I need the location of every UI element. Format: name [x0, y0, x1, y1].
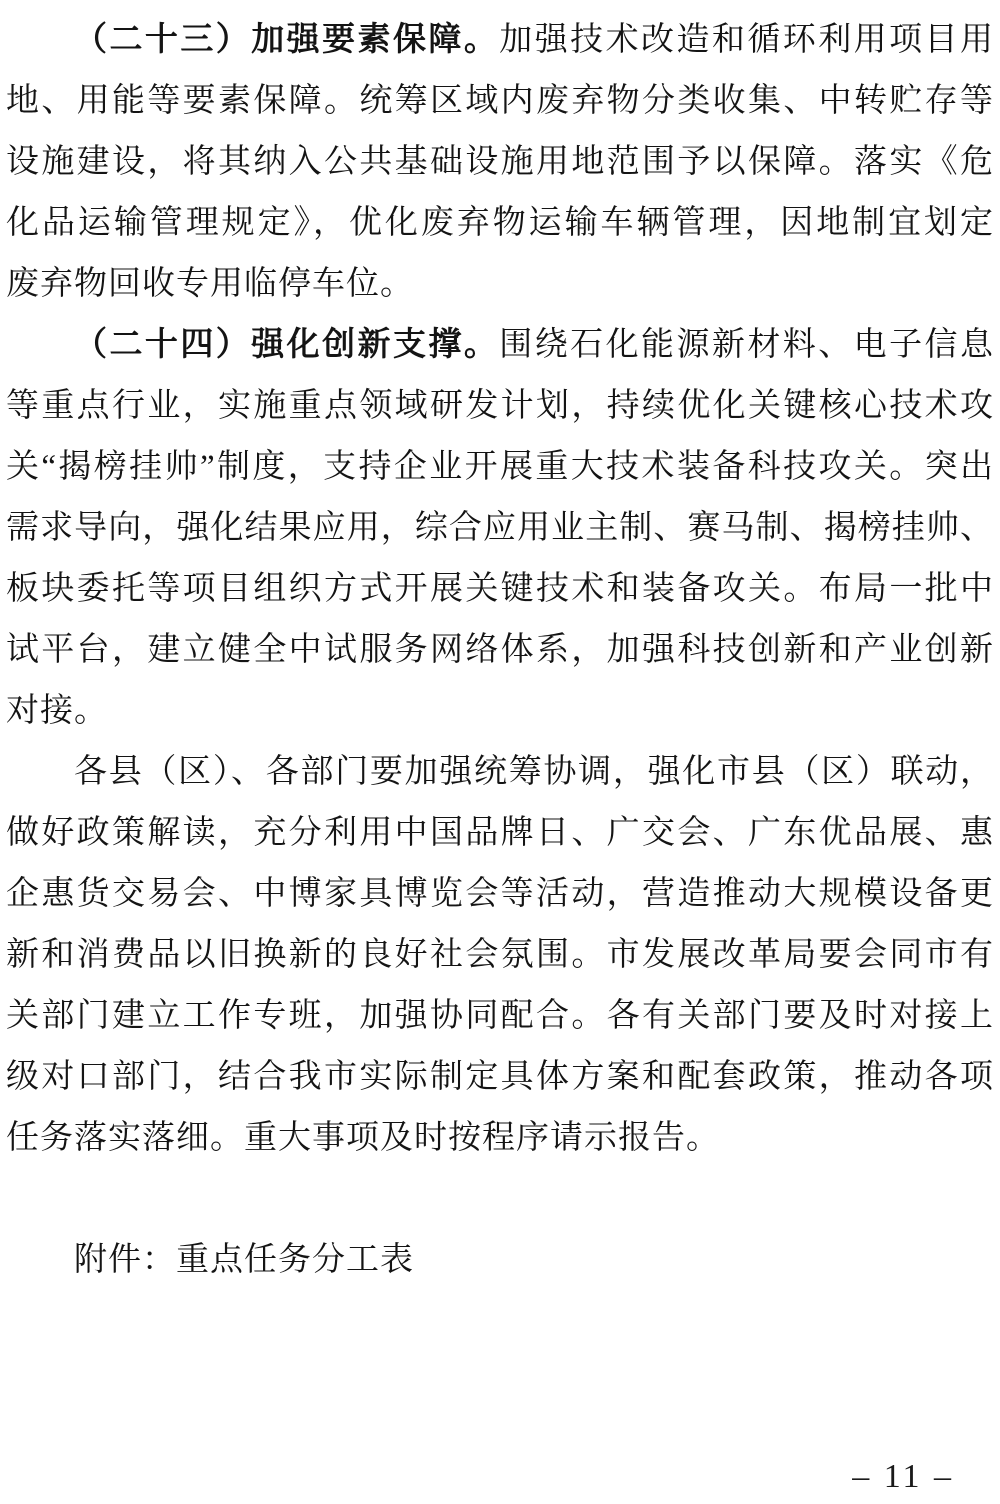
- paragraph-line: 对接。: [6, 681, 994, 742]
- line-text: 任务落实落细。重大事项及时按程序请示报告。: [6, 1120, 720, 1156]
- paragraph-line: 化品运输管理规定》，优化废弃物运输车辆管理，因地制宜划定: [6, 193, 994, 254]
- paragraph-line: 新和消费品以旧换新的良好社会氛围。市发展改革局要会同市有: [6, 925, 994, 986]
- line-text: 关部门建立工作专班，加强协同配合。各有关部门要及时对接上: [6, 998, 994, 1034]
- line-text: 需求导向，强化结果应用，综合应用业主制、赛马制、揭榜挂帅、: [6, 510, 994, 546]
- line-text: 地、用能等要素保障。统筹区域内废弃物分类收集、中转贮存等: [6, 83, 994, 119]
- attachment-line: 附件：重点任务分工表: [6, 1230, 994, 1291]
- line-text: 等重点行业，实施重点领域研发计划，持续优化关键核心技术攻: [6, 388, 994, 424]
- line-text: 加强技术改造和循环利用项目用: [499, 22, 994, 58]
- paragraph-line: （二十三）加强要素保障。加强技术改造和循环利用项目用: [6, 10, 994, 71]
- line-text: 板块委托等项目组织方式开展关键技术和装备攻关。布局一批中: [6, 571, 994, 607]
- paragraph-line: 关部门建立工作专班，加强协同配合。各有关部门要及时对接上: [6, 986, 994, 1047]
- paragraph-line: 任务落实落细。重大事项及时按程序请示报告。: [6, 1108, 994, 1169]
- paragraph-line: 需求导向，强化结果应用，综合应用业主制、赛马制、揭榜挂帅、: [6, 498, 994, 559]
- paragraph-line: 等重点行业，实施重点领域研发计划，持续优化关键核心技术攻: [6, 376, 994, 437]
- line-text: 做好政策解读，充分利用中国品牌日、广交会、广东优品展、惠: [6, 815, 994, 851]
- line-text: 试平台，建立健全中试服务网络体系，加强科技创新和产业创新: [6, 632, 994, 668]
- section-23-heading: （二十三）加强要素保障。: [74, 22, 499, 58]
- paragraph-line: 废弃物回收专用临停车位。: [6, 254, 994, 315]
- paragraph-line: 试平台，建立健全中试服务网络体系，加强科技创新和产业创新: [6, 620, 994, 681]
- line-text: 设施建设，将其纳入公共基础设施用地范围予以保障。落实《危: [6, 144, 994, 180]
- page-number: – 11 –: [852, 1458, 954, 1496]
- section-24-heading: （二十四）强化创新支撑。: [74, 327, 499, 363]
- paragraph-line: 板块委托等项目组织方式开展关键技术和装备攻关。布局一批中: [6, 559, 994, 620]
- line-text: 化品运输管理规定》，优化废弃物运输车辆管理，因地制宜划定: [6, 205, 994, 241]
- line-text: 关“揭榜挂帅”制度，支持企业开展重大技术装备科技攻关。突出: [6, 449, 994, 485]
- line-text: 围绕石化能源新材料、电子信息: [499, 327, 994, 363]
- line-text: 废弃物回收专用临停车位。: [6, 266, 414, 302]
- line-text: 对接。: [6, 693, 108, 729]
- paragraph-line: 关“揭榜挂帅”制度，支持企业开展重大技术装备科技攻关。突出: [6, 437, 994, 498]
- paragraph-line: 设施建设，将其纳入公共基础设施用地范围予以保障。落实《危: [6, 132, 994, 193]
- line-text: 级对口部门，结合我市实际制定具体方案和配套政策，推动各项: [6, 1059, 994, 1095]
- document-page: （二十三）加强要素保障。加强技术改造和循环利用项目用 地、用能等要素保障。统筹区…: [0, 0, 1000, 1504]
- line-text: 各县（区）、各部门要加强统筹协调，强化市县（区）联动，: [74, 754, 994, 790]
- paragraph-line: （二十四）强化创新支撑。围绕石化能源新材料、电子信息: [6, 315, 994, 376]
- paragraph-line: 地、用能等要素保障。统筹区域内废弃物分类收集、中转贮存等: [6, 71, 994, 132]
- line-text: 新和消费品以旧换新的良好社会氛围。市发展改革局要会同市有: [6, 937, 994, 973]
- attachment-text: 附件：重点任务分工表: [74, 1242, 414, 1278]
- paragraph-line: 各县（区）、各部门要加强统筹协调，强化市县（区）联动，: [6, 742, 994, 803]
- text-block: （二十三）加强要素保障。加强技术改造和循环利用项目用 地、用能等要素保障。统筹区…: [6, 10, 994, 1291]
- paragraph-line: 做好政策解读，充分利用中国品牌日、广交会、广东优品展、惠: [6, 803, 994, 864]
- paragraph-line: 企惠货交易会、中博家具博览会等活动，营造推动大规模设备更: [6, 864, 994, 925]
- blank-line: [6, 1169, 994, 1230]
- paragraph-line: 级对口部门，结合我市实际制定具体方案和配套政策，推动各项: [6, 1047, 994, 1108]
- line-text: 企惠货交易会、中博家具博览会等活动，营造推动大规模设备更: [6, 876, 994, 912]
